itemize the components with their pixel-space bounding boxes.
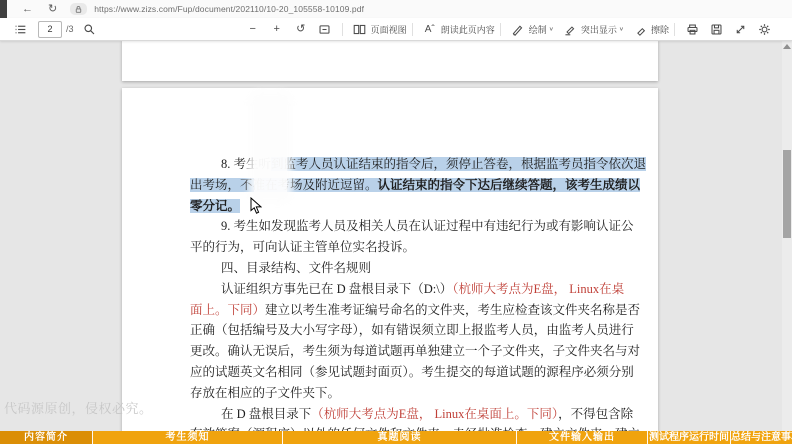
bottom-nav-item-reading[interactable]: 真题阅读 <box>283 431 517 444</box>
page-total-label: /3 <box>66 24 74 34</box>
selected-bold-text-run: 认证结束的指令下达后继续答题，该考生成绩以 <box>378 178 641 192</box>
pdf-page-2: 8. 考生听到监考人员认证结束的指令后，须停止答卷，根据监考员指令依次退 出考场… <box>122 88 658 444</box>
mouse-cursor <box>250 197 262 220</box>
doc-line-8-1: 8. 考生听到监考人员认证结束的指令后，须停止答卷，根据监考员指令依次退 <box>190 154 604 175</box>
search-icon[interactable] <box>82 21 98 37</box>
doc-red-text-run: （杭师大考点为E盘， Linux在桌面上。下同） <box>311 407 558 421</box>
doc-red-text-run: 面上。下同） <box>190 303 265 317</box>
zoom-out-icon[interactable]: − <box>245 21 261 37</box>
doc-text-run: ，不得包含除 <box>558 407 633 421</box>
bottom-nav-item-notice[interactable]: 考生须知 <box>93 431 283 444</box>
toolbar-left-group: 2 /3 <box>8 21 102 38</box>
table-of-contents-icon[interactable] <box>12 21 28 37</box>
watermark-text: 代码源原创，侵权必究。 <box>4 398 153 417</box>
read-aloud-label[interactable]: 朗读此页内容 <box>441 23 495 36</box>
pdf-page-1-bottom <box>122 40 658 81</box>
doc-text-run: 建立以考生准考证编号命名的文件夹，考生应检查该文件夹名称是否 <box>265 303 640 317</box>
doc-text-run: 平的行为，可向认证主管单位实名投诉。 <box>190 240 415 254</box>
back-icon[interactable]: ← <box>22 0 33 18</box>
doc-line: 正确（包括编号及大小写字母），如有错误须立即上报监考人员，由监考人员进行 <box>190 320 604 341</box>
doc-text-run: 正确（包括编号及大小写字母），如有错误须立即上报监考人员，由监考人员进行 <box>190 323 634 337</box>
pdf-toolbar: 2 /3 − + ↺ 页面视图 <box>0 18 792 41</box>
selected-text-run: 到监考人员认证结束的指令后，须停止答卷，根据监考员指令依次退 <box>271 157 646 171</box>
read-aloud-icon[interactable]: Aˆ <box>422 21 438 37</box>
scroll-up-arrow-icon[interactable] <box>783 44 791 49</box>
save-icon[interactable] <box>708 21 724 37</box>
draw-label[interactable]: 绘制 <box>529 23 547 36</box>
fit-to-page-icon[interactable] <box>317 21 333 37</box>
url-text[interactable]: https://www.zizs.com/Fup/document/202110… <box>94 4 364 14</box>
bottom-chapter-bar: 内容简介 考生须知 真题阅读 文件输入输出 测试程序运行时间 总结与注意事项 <box>0 431 792 444</box>
highlighter-icon[interactable] <box>562 21 578 37</box>
corner-block <box>0 0 7 18</box>
doc-text-run: 四、目录结构、文件名规则 <box>221 261 371 275</box>
doc-line: 面上。下同）建立以考生准考证编号命名的文件夹，考生应检查该文件夹名称是否 <box>190 300 604 321</box>
doc-text-run: 更改。确认无误后，考生须为每道试题再单独建立一个子文件夹，子文件夹名与对 <box>190 344 640 358</box>
doc-text-run: 应的试题英文名相同（参见试题封面页）。考生提交的每道试题的源程序必须分别 <box>190 365 634 379</box>
doc-text-run: 9. 考生如发现监考人员及相关人员在认证过程中有违纪行为或有影响认证公 <box>221 219 634 233</box>
doc-red-text-run: （杭师大考点为E盘， Linux在桌 <box>452 282 624 296</box>
doc-text-run: 存放在相应的子文件夹下。 <box>190 386 340 400</box>
doc-line-9-2: 平的行为，可向认证主管单位实名投诉。 <box>190 237 604 258</box>
refresh-icon[interactable]: ↻ <box>48 0 57 18</box>
selected-bold-text-run: 零分记。 <box>190 199 240 213</box>
print-icon[interactable] <box>684 21 700 37</box>
rotate-icon[interactable]: ↺ <box>293 21 309 37</box>
doc-heading-section-4: 四、目录结构、文件名规则 <box>190 258 604 279</box>
vertical-scrollbar[interactable] <box>782 40 792 444</box>
doc-line: 认证组织方事先已在 D 盘根目录下（D:\）（杭师大考点为E盘， Linux在桌 <box>190 279 604 300</box>
page-number-input[interactable]: 2 <box>38 21 62 38</box>
pdf-viewer-window: ← ↻ https://www.zizs.com/Fup/document/20… <box>0 0 792 444</box>
draw-pen-icon[interactable] <box>510 21 526 37</box>
toolbar-right-group: − + ↺ 页面视图 Aˆ 朗读此页内容 <box>241 21 776 37</box>
zoom-in-icon[interactable]: + <box>269 21 285 37</box>
doc-text-run: 认证组织方事先已在 D 盘根目录下（D:\） <box>221 282 452 296</box>
doc-line-8-2: 出考场，不准在考场及附近逗留。认证结束的指令下达后继续答题，该考生成绩以 <box>190 175 604 196</box>
expand-icon[interactable] <box>732 21 748 37</box>
site-info-badge[interactable] <box>70 3 87 15</box>
bottom-nav-item-file-io[interactable]: 文件输入输出 <box>517 431 648 444</box>
draw-chevron-down-icon[interactable]: ∨ <box>549 26 554 32</box>
bottom-nav-item-runtime[interactable]: 测试程序运行时间 <box>648 431 731 444</box>
doc-text-run: 在 D 盘根目录下 <box>221 407 311 421</box>
doc-line: 在 D 盘根目录下（杭师大考点为E盘， Linux在桌面上。下同），不得包含除 <box>190 404 604 425</box>
bottom-nav-item-summary[interactable]: 总结与注意事项 <box>731 431 792 444</box>
lock-icon <box>74 5 83 14</box>
bottom-nav-item-intro[interactable]: 内容简介 <box>0 431 93 444</box>
browser-address-bar: ← ↻ https://www.zizs.com/Fup/document/20… <box>0 0 792 19</box>
doc-line: 更改。确认无误后，考生须为每道试题再单独建立一个子文件夹，子文件夹名与对 <box>190 341 604 362</box>
doc-line: 应的试题英文名相同（参见试题封面页）。考生提交的每道试题的源程序必须分别 <box>190 362 604 383</box>
highlight-label[interactable]: 突出显示 <box>581 23 617 36</box>
scrollbar-thumb[interactable] <box>783 150 791 238</box>
highlight-chevron-down-icon[interactable]: ∨ <box>619 26 624 32</box>
eraser-icon[interactable] <box>632 21 648 37</box>
erase-label[interactable]: 擦除 <box>651 23 669 36</box>
page-view-label[interactable]: 页面视图 <box>371 23 407 36</box>
censor-blur-overlay <box>254 96 287 198</box>
settings-gear-icon[interactable] <box>756 21 772 37</box>
page-view-icon[interactable] <box>352 21 368 37</box>
doc-line: 存放在相应的子文件夹下。 <box>190 383 604 404</box>
